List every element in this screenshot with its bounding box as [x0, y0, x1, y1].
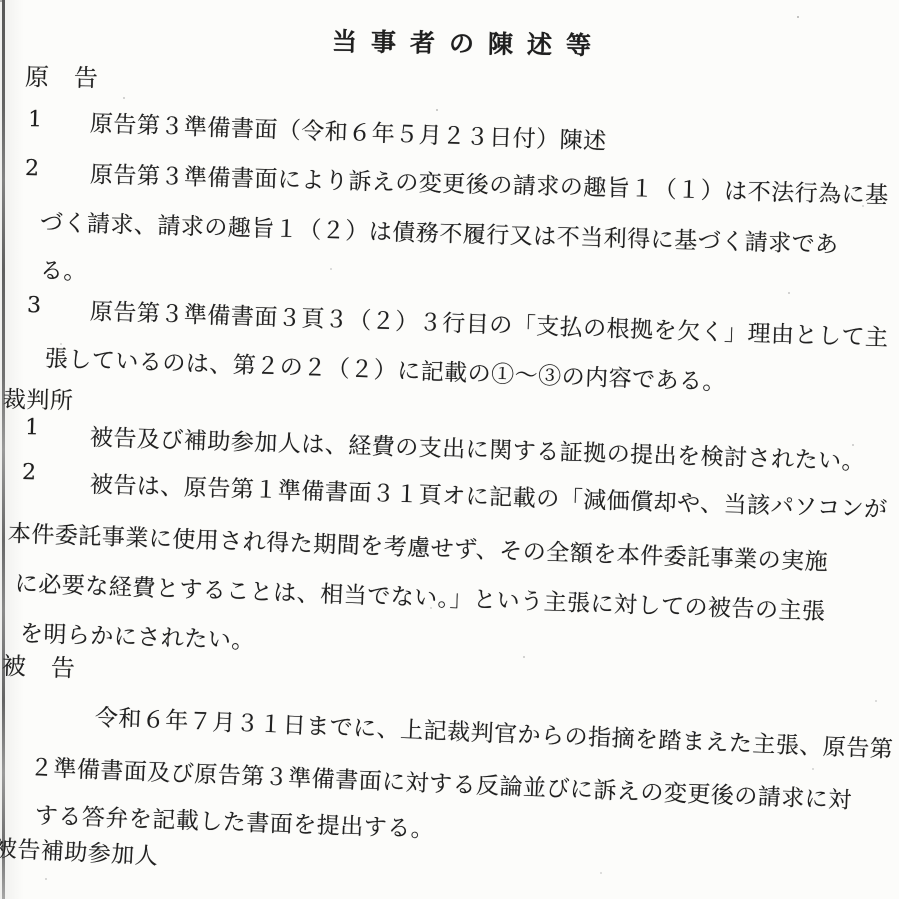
section-heading-court: 裁判所: [3, 381, 74, 415]
defendant-paragraph-line-1: 令和６年７月３１日までに、上記裁判官からの指摘を踏まえた主張、原告第: [94, 699, 894, 764]
court-item-2-line-1: 被告は、原告第１準備書面３１頁オに記載の「減価償却や、当該パソコンが: [89, 466, 888, 524]
section-heading-plaintiff: 原 告: [25, 57, 99, 93]
plaintiff-item-3-number: 3: [27, 293, 42, 318]
section-heading-defendant: 被 告: [1, 646, 76, 684]
plaintiff-item-2-number: 2: [25, 156, 40, 181]
section-heading-intervener: 被告補助参加人: [0, 830, 159, 871]
plaintiff-item-2-line-3: る。: [40, 252, 88, 286]
plaintiff-item-1-number: 1: [28, 107, 43, 132]
scanned-court-document-page: 当事者の陳述等 原 告 1 原告第３準備書面（令和６年５月２３日付）陳述 2 原…: [0, 0, 899, 899]
court-item-1-line-1: 被告及び補助参加人は、経費の支出に関する証拠の提出を検討されたい。: [89, 419, 865, 476]
court-item-2-line-2: 本件委託事業に使用され得た期間を考慮せず、その全額を本件委託事業の実施: [7, 515, 828, 577]
scan-edge-shadow: [2, 0, 5, 899]
scan-noise-speckles: [0, 0, 2, 2]
court-item-2-number: 2: [22, 460, 37, 485]
court-item-2-line-3: に必要な経費とすることは、相当でない。」という主張に対しての被告の主張: [14, 565, 826, 626]
plaintiff-item-3-line-2: 張しているのは、第２の２（２）に記載の①～③の内容である。: [44, 340, 726, 397]
plaintiff-item-2-line-2: づく請求、請求の趣旨１（２）は債務不履行又は不当利得に基づく請求であ: [40, 204, 840, 259]
court-item-1-number: 1: [25, 415, 40, 440]
document-title: 当事者の陳述等: [332, 22, 606, 62]
plaintiff-item-2-line-1: 原告第３準備書面により訴えの変更後の請求の趣旨１（１）は不法行為に基: [90, 156, 890, 210]
plaintiff-item-3-line-1: 原告第３準備書面３頁３（２）３行目の「支払の根拠を欠く」理由として主: [89, 293, 889, 352]
plaintiff-item-1-line-1: 原告第３準備書面（令和６年５月２３日付）陳述: [89, 105, 607, 156]
